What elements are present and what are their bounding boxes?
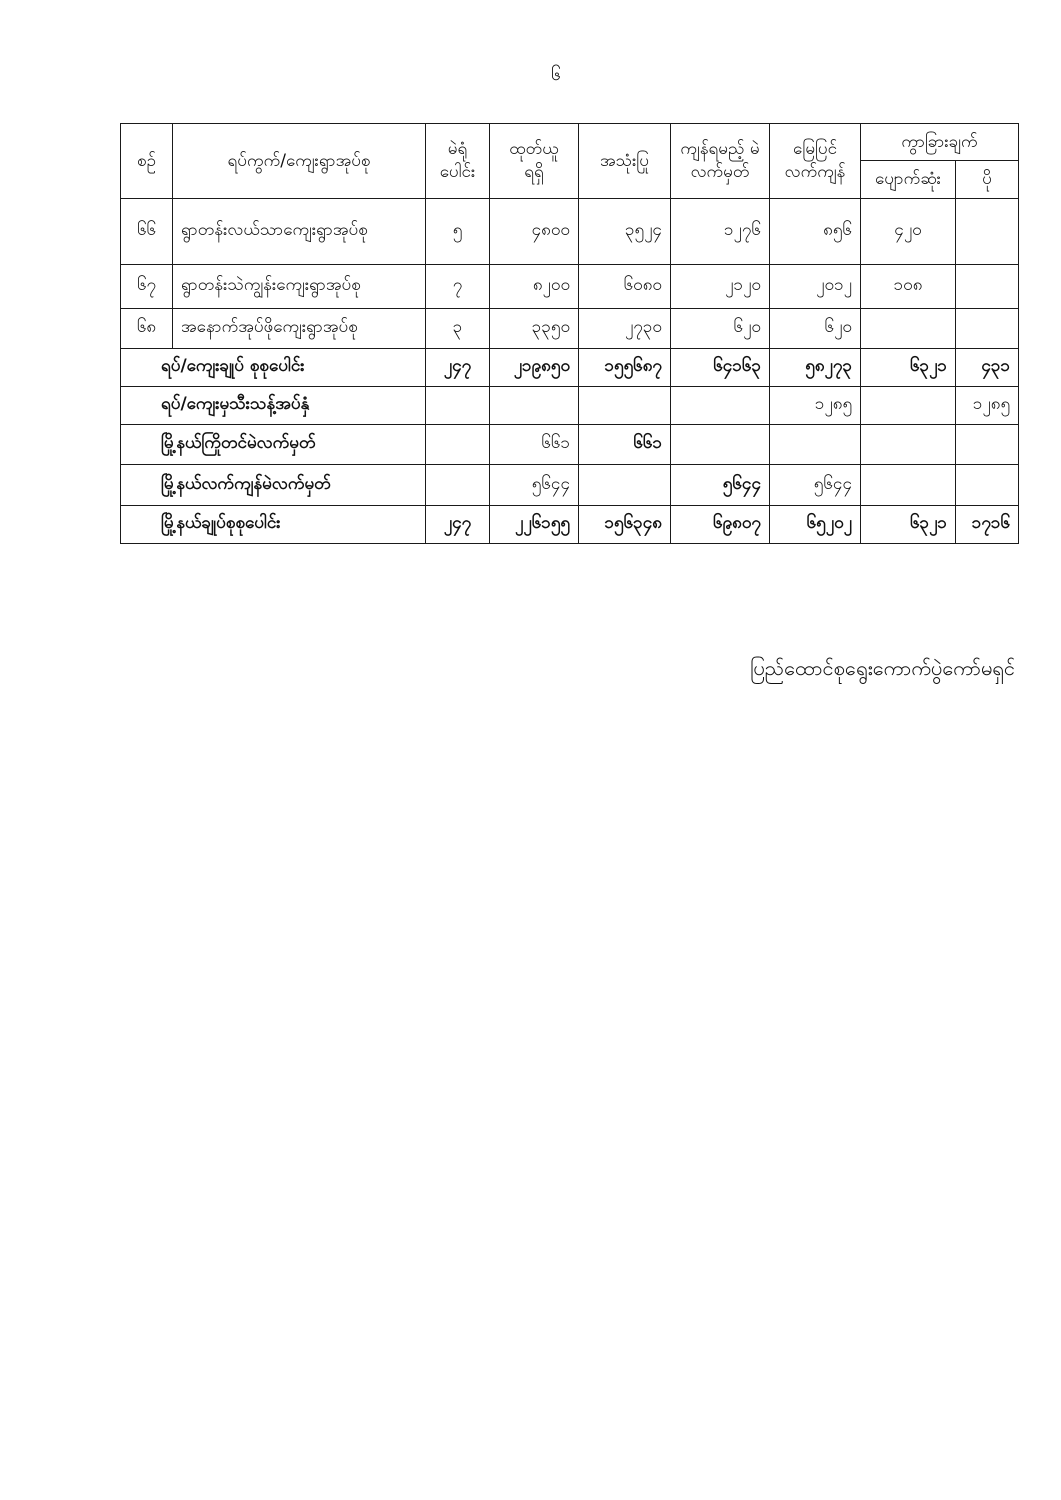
summary-used-cell: ၆၆၁ (579, 425, 671, 465)
summary-missing-cell: ၆၃၂၁ (861, 349, 956, 387)
used-cell: ၆၀၈၀ (579, 265, 671, 309)
eligible-cell: ၈၂၀၀ (490, 265, 579, 309)
summary-label: မြို့နယ်လက်ကျန်မဲလက်မှတ် (121, 465, 426, 506)
missing-cell: ၄၂၀ (861, 199, 956, 265)
serial-cell: ၆၆ (121, 199, 173, 265)
summary-actual-cell (770, 425, 861, 465)
summary-remaining-cell: ၆၉၈၀၇ (671, 506, 770, 544)
summary-row: ရပ်/ကျေးချုပ် စုစုပေါင်း၂၄၇၂၁၉၈၅၀၁၅၅၆၈၇၆… (121, 349, 1019, 387)
header-name: ရပ်ကွက်/ကျေးရွာအုပ်စု (173, 124, 426, 199)
summary-polling-stations-cell (426, 387, 490, 425)
extra-cell (956, 309, 1019, 349)
summary-remaining-cell: ၆၄၁၆၃ (671, 349, 770, 387)
summary-actual-cell: ၅၆၄၄ (770, 465, 861, 506)
page-number: ၆ (0, 62, 1061, 89)
remaining-cell: ၆၂၀ (671, 309, 770, 349)
summary-row: မြို့နယ်ကြိုတင်မဲလက်မှတ်၆၆၁၆၆၁ (121, 425, 1019, 465)
extra-cell (956, 199, 1019, 265)
header-eligible: ထုတ်ယူ ရရှိ (490, 124, 579, 199)
remaining-cell: ၁၂၇၆ (671, 199, 770, 265)
summary-polling-stations-cell (426, 425, 490, 465)
header-used: အသုံးပြု (579, 124, 671, 199)
ballot-summary-table: စဉ် ရပ်ကွက်/ကျေးရွာအုပ်စု မဲရုံ ပေါင်း ထ… (120, 123, 1019, 544)
summary-polling-stations-cell: ၂၄၇ (426, 506, 490, 544)
summary-used-cell (579, 465, 671, 506)
summary-row: မြို့နယ်ချုပ်စုစုပေါင်း၂၄၇၂၂၆၁၅၅၁၅၆၃၄၈၆၉… (121, 506, 1019, 544)
summary-eligible-cell: ၅၆၄၄ (490, 465, 579, 506)
header-actual-remaining: မြေပြင် လက်ကျန် (770, 124, 861, 199)
summary-row: မြို့နယ်လက်ကျန်မဲလက်မှတ်၅၆၄၄၅၆၄၄၅၆၄၄ (121, 465, 1019, 506)
summary-row: ရပ်/ကျေးမှသီးသန့်အပ်နှံ၁၂၈၅၁၂၈၅ (121, 387, 1019, 425)
name-cell: ရွာတန်းလယ်သာကျေးရွာအုပ်စု (173, 199, 426, 265)
summary-missing-cell (861, 425, 956, 465)
summary-used-cell: ၁၅၆၃၄၈ (579, 506, 671, 544)
summary-label: ရပ်/ကျေးမှသီးသန့်အပ်နှံ (121, 387, 426, 425)
table-row: ၆၆ရွာတန်းလယ်သာကျေးရွာအုပ်စု၅၄၈၀၀၃၅၂၄၁၂၇၆… (121, 199, 1019, 265)
serial-cell: ၆၇ (121, 265, 173, 309)
summary-used-cell (579, 387, 671, 425)
polling-stations-cell: ၇ (426, 265, 490, 309)
summary-eligible-cell: ၆၆၁ (490, 425, 579, 465)
signature: ပြည်ထောင်စုရွေးကောက်ပွဲကော်မရှင် (750, 655, 1015, 685)
header-difference: ကွာခြားချက် (861, 124, 1019, 161)
eligible-cell: ၄၈၀၀ (490, 199, 579, 265)
header-polling-stations: မဲရုံ ပေါင်း (426, 124, 490, 199)
header-remaining: ကျန်ရမည့် မဲလက်မှတ် (671, 124, 770, 199)
actual-cell: ၂၀၁၂ (770, 265, 861, 309)
summary-missing-cell: ၆၃၂၁ (861, 506, 956, 544)
summary-label: မြို့နယ်ချုပ်စုစုပေါင်း (121, 506, 426, 544)
used-cell: ၂၇၃၀ (579, 309, 671, 349)
name-cell: ရွာတန်းသဲကျွန်းကျေးရွာအုပ်စု (173, 265, 426, 309)
header-missing: ပျောက်ဆုံး (861, 161, 956, 199)
polling-stations-cell: ၃ (426, 309, 490, 349)
summary-label: မြို့နယ်ကြိုတင်မဲလက်မှတ် (121, 425, 426, 465)
summary-missing-cell (861, 387, 956, 425)
summary-extra-cell: ၁၇၁၆ (956, 506, 1019, 544)
header-extra: ပို (956, 161, 1019, 199)
missing-cell: ၁၀၈ (861, 265, 956, 309)
summary-missing-cell (861, 465, 956, 506)
summary-eligible-cell: ၂၁၉၈၅၀ (490, 349, 579, 387)
summary-actual-cell: ၆၅၂၀၂ (770, 506, 861, 544)
header-serial: စဉ် (121, 124, 173, 199)
remaining-cell: ၂၁၂၀ (671, 265, 770, 309)
actual-cell: ၈၅၆ (770, 199, 861, 265)
summary-polling-stations-cell (426, 465, 490, 506)
actual-cell: ၆၂၀ (770, 309, 861, 349)
summary-label: ရပ်/ကျေးချုပ် စုစုပေါင်း (121, 349, 426, 387)
eligible-cell: ၃၃၅၀ (490, 309, 579, 349)
summary-polling-stations-cell: ၂၄၇ (426, 349, 490, 387)
summary-remaining-cell (671, 425, 770, 465)
polling-stations-cell: ၅ (426, 199, 490, 265)
table-row: ၆၈အနောက်အုပ်ဖိုကျေးရွာအုပ်စု၃၃၃၅၀၂၇၃၀၆၂၀… (121, 309, 1019, 349)
missing-cell (861, 309, 956, 349)
name-cell: အနောက်အုပ်ဖိုကျေးရွာအုပ်စု (173, 309, 426, 349)
summary-remaining-cell (671, 387, 770, 425)
summary-extra-cell (956, 425, 1019, 465)
summary-eligible-cell: ၂၂၆၁၅၅ (490, 506, 579, 544)
serial-cell: ၆၈ (121, 309, 173, 349)
summary-eligible-cell (490, 387, 579, 425)
summary-actual-cell: ၅၈၂၇၃ (770, 349, 861, 387)
summary-remaining-cell: ၅၆၄၄ (671, 465, 770, 506)
summary-extra-cell (956, 465, 1019, 506)
summary-extra-cell: ၁၂၈၅ (956, 387, 1019, 425)
table-row: ၆၇ရွာတန်းသဲကျွန်းကျေးရွာအုပ်စု၇၈၂၀၀၆၀၈၀၂… (121, 265, 1019, 309)
summary-used-cell: ၁၅၅၆၈၇ (579, 349, 671, 387)
used-cell: ၃၅၂၄ (579, 199, 671, 265)
summary-extra-cell: ၄၃၁ (956, 349, 1019, 387)
extra-cell (956, 265, 1019, 309)
summary-actual-cell: ၁၂၈၅ (770, 387, 861, 425)
